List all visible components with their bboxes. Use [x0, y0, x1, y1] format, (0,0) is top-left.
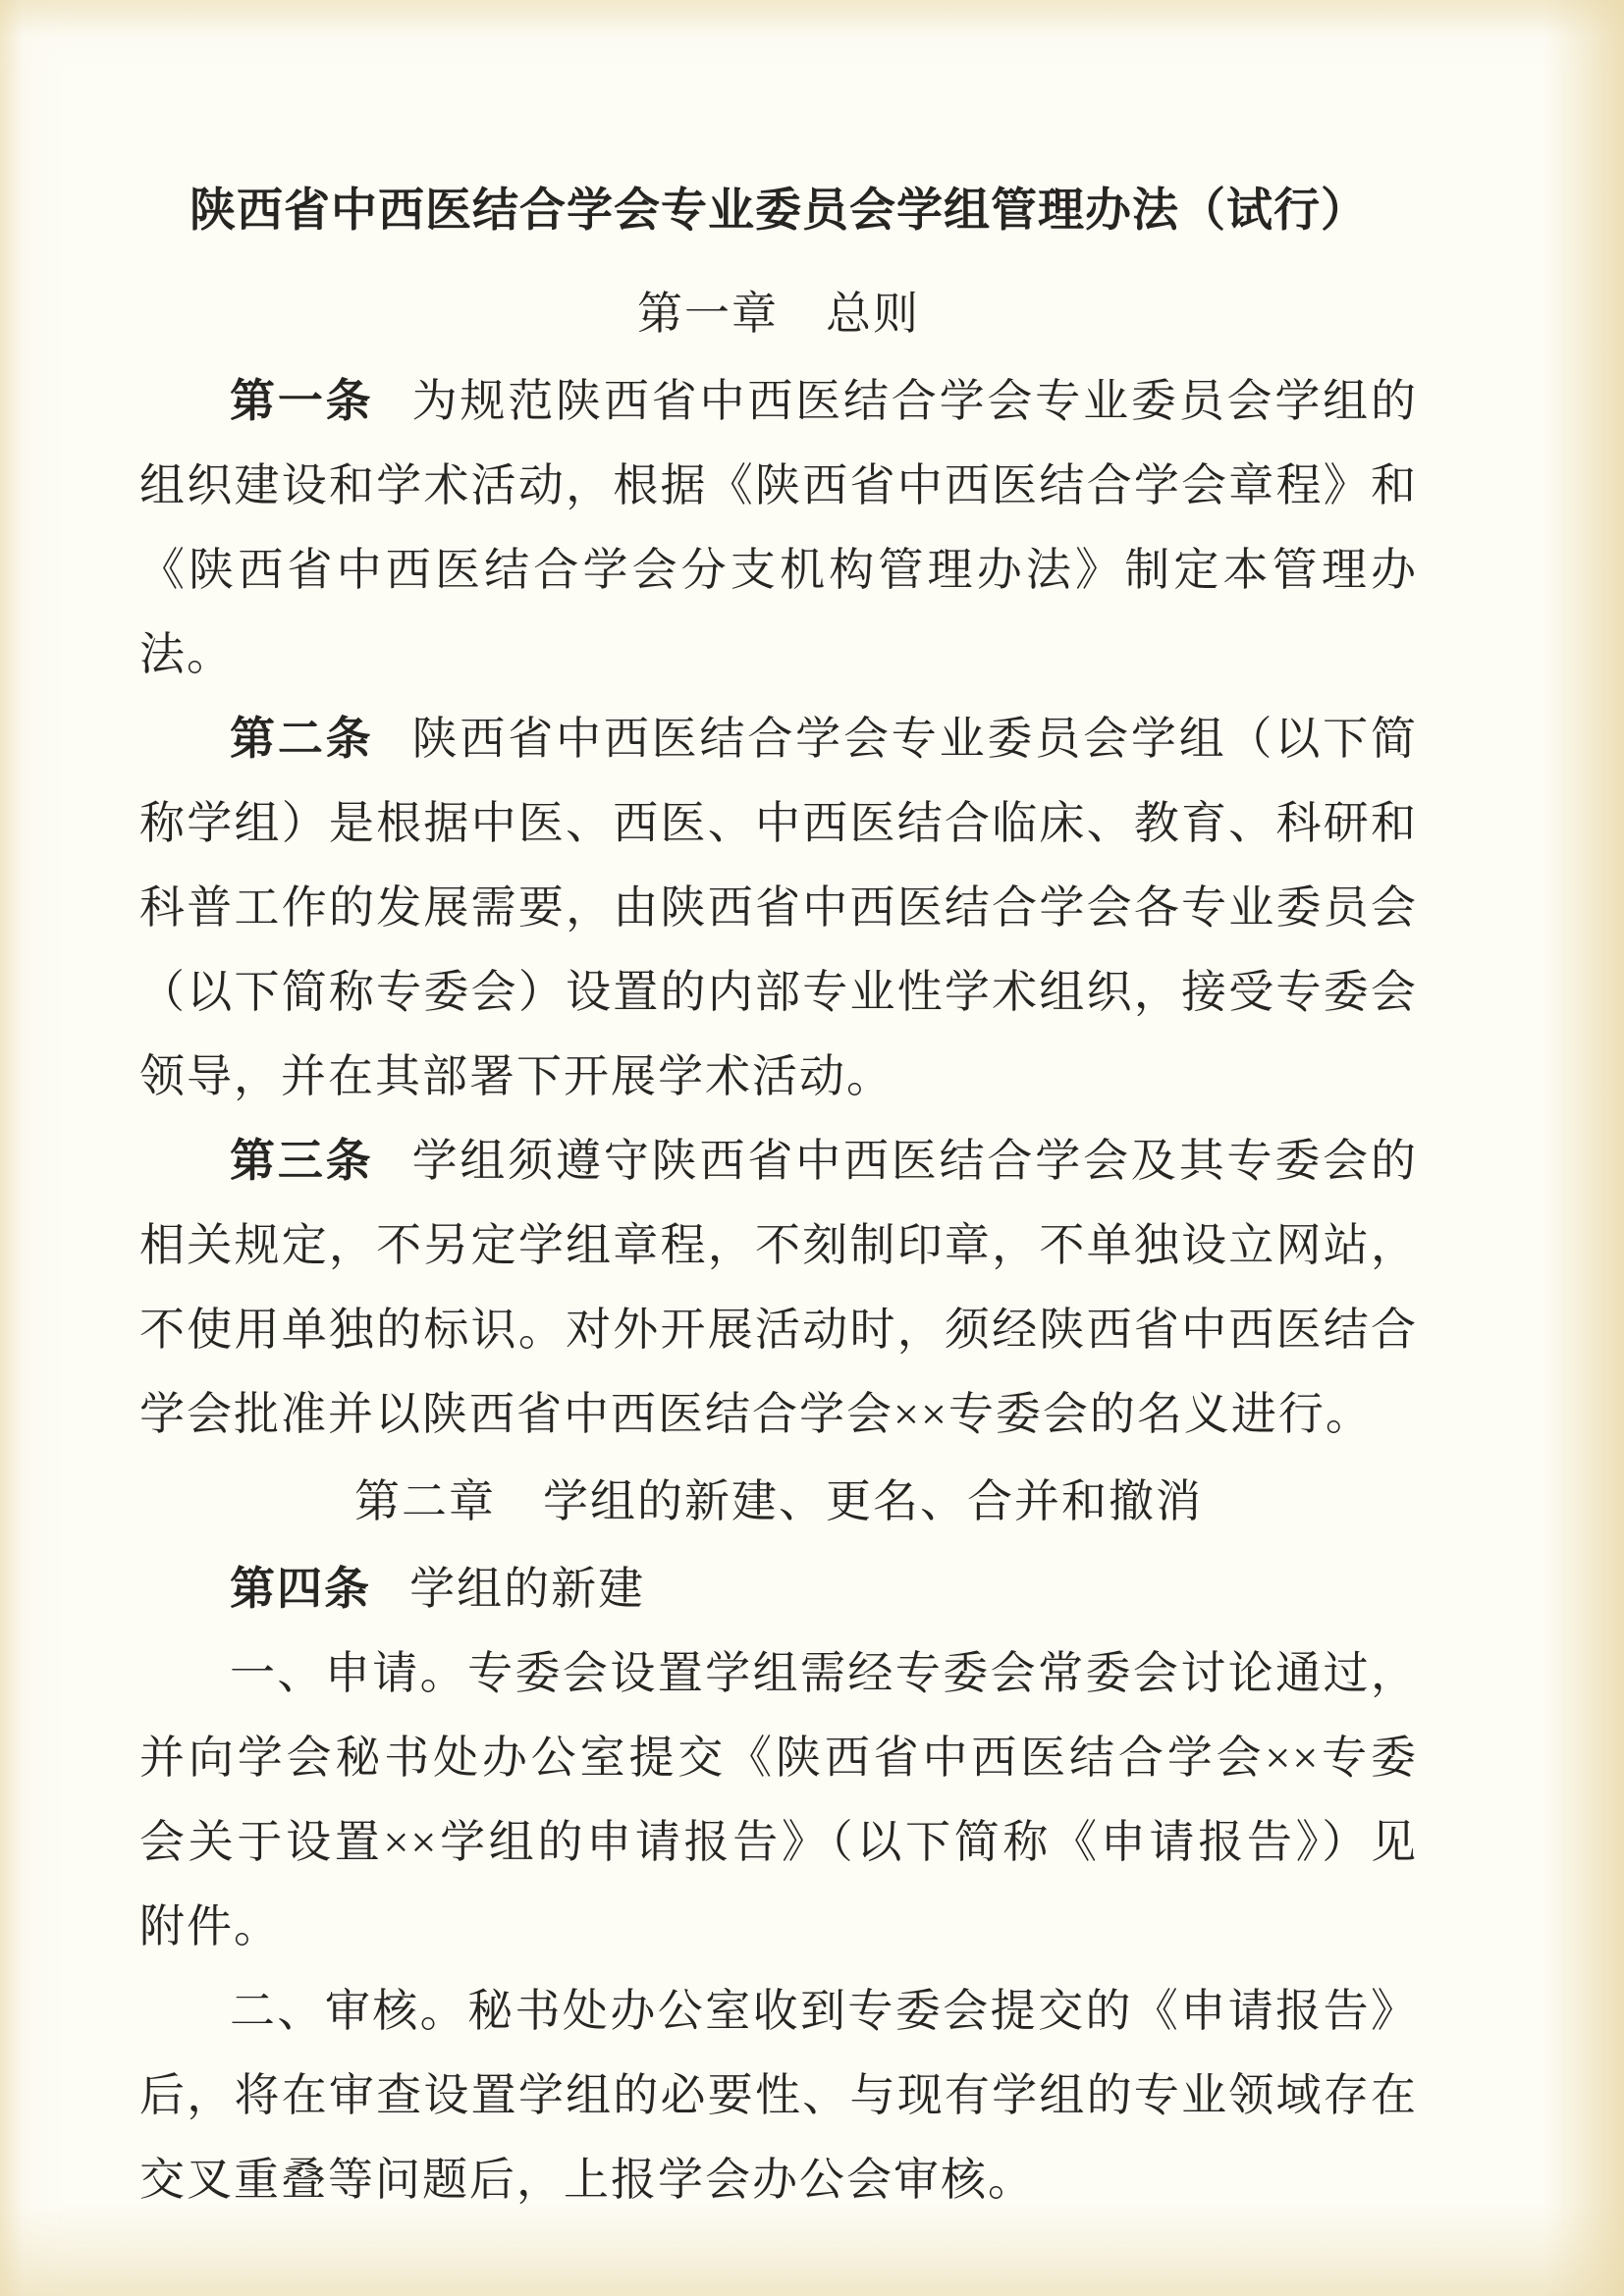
article-2-paragraph: 第二条陕西省中西医结合学会专业委员会学组（以下简称学组）是根据中医、西医、中西医… — [139, 697, 1418, 1119]
chapter-2-heading: 第二章 学组的新建、更名、合并和撤消 — [139, 1457, 1418, 1547]
clause-1-text: 一、申请。专委会设置学组需经专委会常委会讨论通过，并向学会秘书处办公室提交《陕西… — [139, 1648, 1418, 1951]
clause-2-paragraph: 二、审核。秘书处办公室收到专委会提交的《申请报告》后，将在审查设置学组的必要性、… — [139, 1969, 1418, 2222]
document-title: 陕西省中西医结合学会专业委员会学组管理办法（试行） — [139, 169, 1418, 253]
article-3-paragraph: 第三条学组须遵守陕西省中西医结合学会及其专委会的相关规定，不另定学组章程，不刻制… — [139, 1119, 1418, 1457]
article-1-paragraph: 第一条为规范陕西省中西医结合学会专业委员会学组的组织建设和学术活动，根据《陕西省… — [139, 359, 1418, 697]
clause-2-text: 二、审核。秘书处办公室收到专委会提交的《申请报告》后，将在审查设置学组的必要性、… — [139, 1986, 1418, 2205]
article-2-number: 第二条 — [230, 714, 373, 764]
clause-1-paragraph: 一、申请。专委会设置学组需经专委会常委会讨论通过，并向学会秘书处办公室提交《陕西… — [139, 1631, 1418, 1969]
article-1-number: 第一条 — [230, 376, 373, 426]
article-4-number: 第四条 — [230, 1564, 371, 1614]
article-2-text: 陕西省中西医结合学会专业委员会学组（以下简称学组）是根据中医、西医、中西医结合临… — [139, 714, 1418, 1101]
chapter-1-heading: 第一章 总则 — [139, 269, 1418, 359]
article-4-text: 学组的新建 — [409, 1564, 645, 1614]
scanned-document-page: 陕西省中西医结合学会专业委员会学组管理办法（试行） 第一章 总则 第一条为规范陕… — [0, 0, 1624, 2296]
article-4-paragraph: 第四条学组的新建 — [139, 1547, 1418, 1631]
article-3-number: 第三条 — [230, 1136, 373, 1186]
